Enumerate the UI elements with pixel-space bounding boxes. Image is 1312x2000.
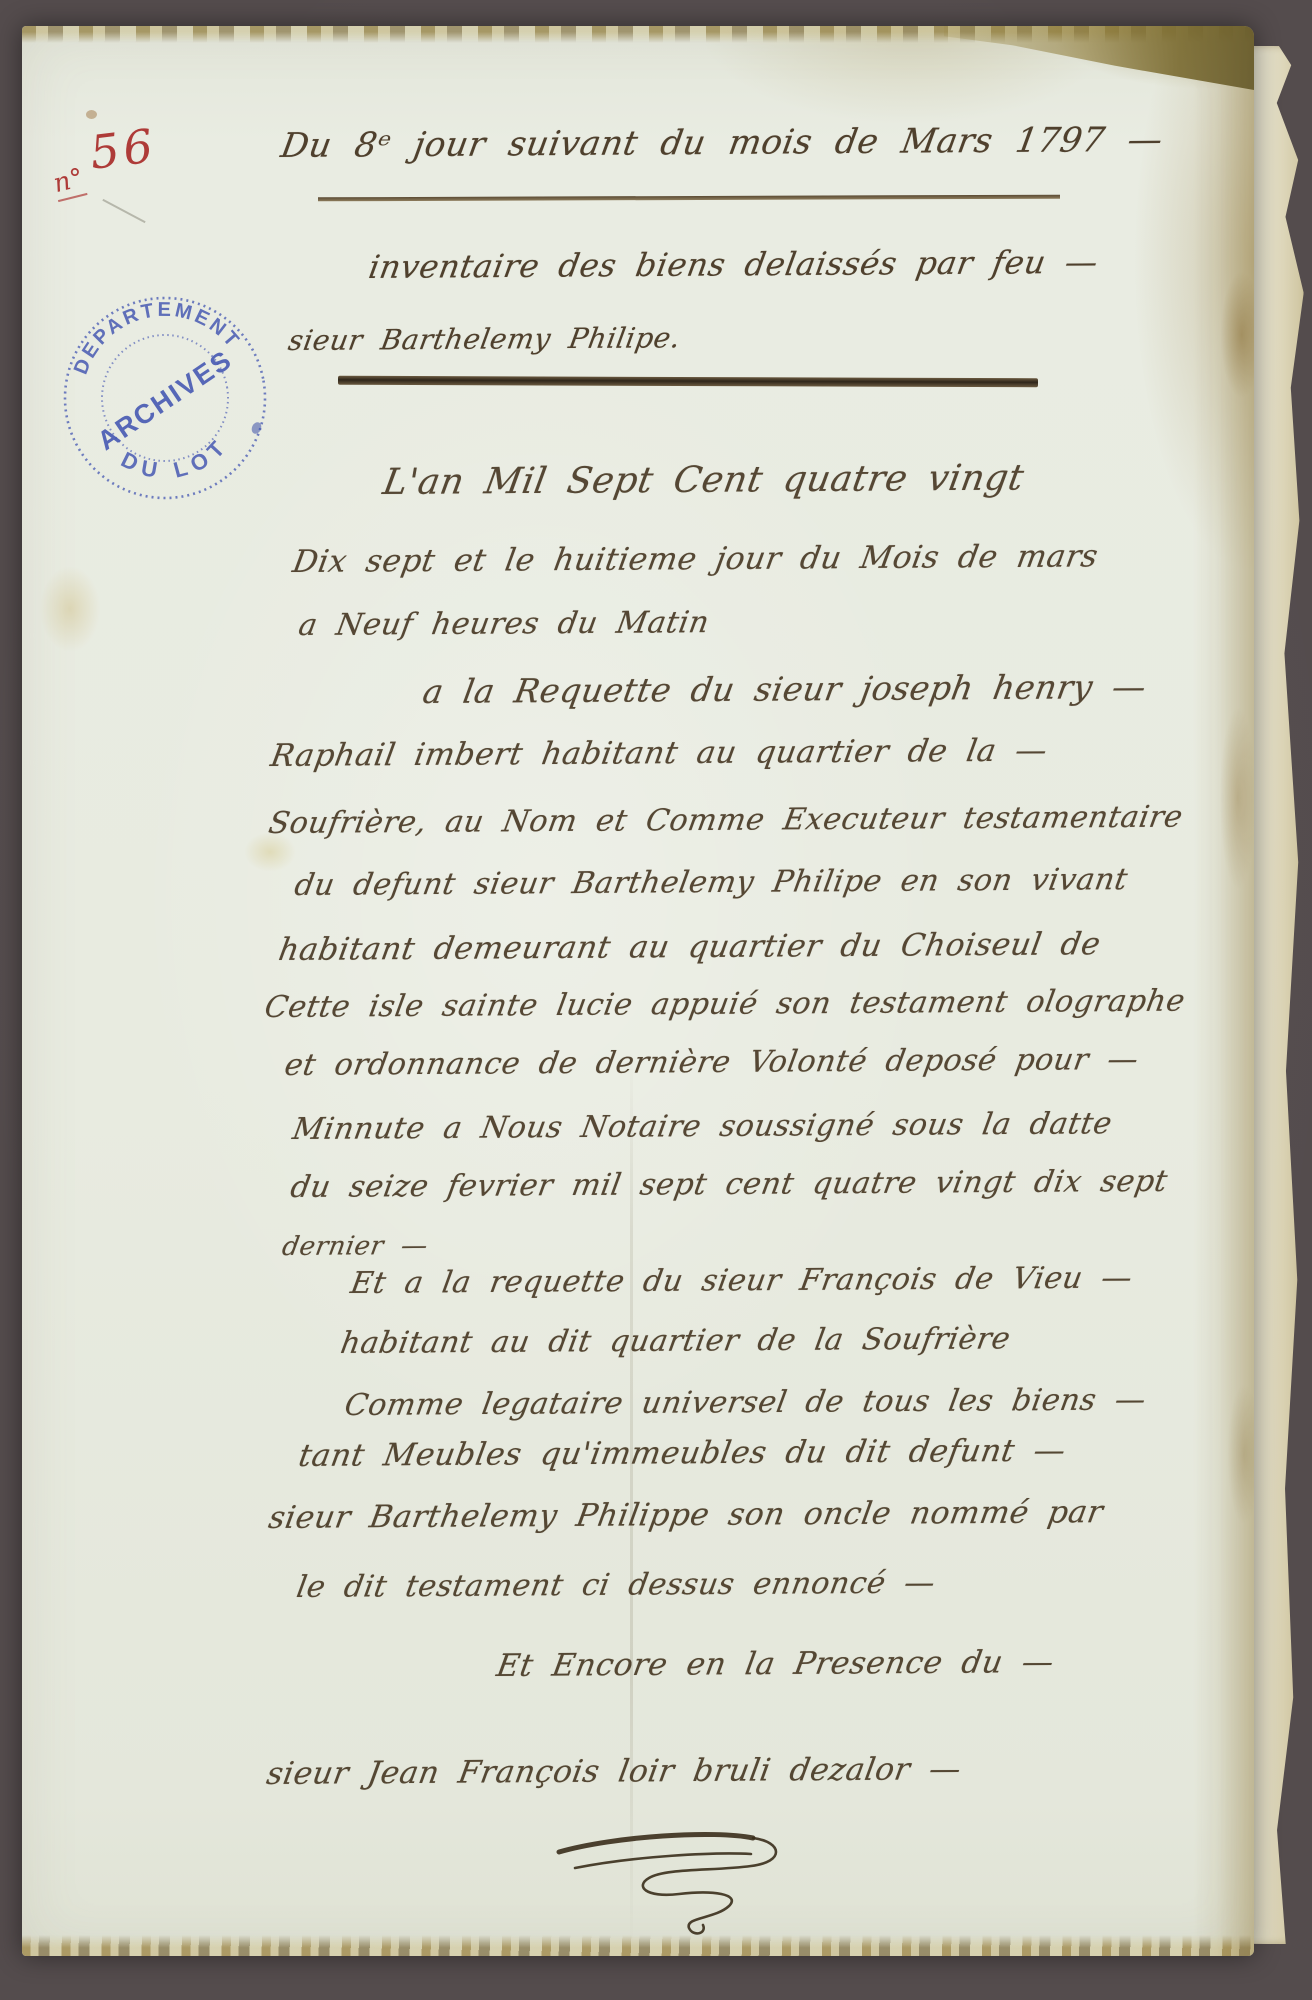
manuscript-line: a Neuf heures du Matin <box>296 605 712 643</box>
manuscript-line: Minnute a Nous Notaire soussigné sous la… <box>290 1106 1115 1147</box>
manuscript-line: dernier — <box>280 1231 430 1262</box>
headline-date: Du 8ᵉ jour suivant du mois de Mars 1797 … <box>278 120 1166 166</box>
manuscript-line: du defunt sieur Barthelemy Philipe en so… <box>292 862 1130 903</box>
headline-underline <box>318 195 1060 202</box>
manuscript-line: Dix sept et le huitieme jour du Mois de … <box>290 538 1101 580</box>
folio-number: 56 <box>87 118 160 180</box>
manuscript-line: habitant au dit quartier de la Soufrière <box>338 1321 1013 1361</box>
manuscript-line: le dit testament ci dessus ennoncé — <box>294 1566 938 1605</box>
page-sheet: n° 56 DEPARTEMENT DU LOT ARCHIVES Du 8ᵉ … <box>22 26 1254 1956</box>
title-line: sieur Barthelemy Philipe. <box>286 321 683 357</box>
manuscript-line: Soufrière, au Nom et Comme Executeur tes… <box>266 800 1186 841</box>
archive-stamp: DEPARTEMENT DU LOT ARCHIVES <box>37 268 293 529</box>
corner-stain <box>944 26 1254 90</box>
stain <box>86 110 97 119</box>
title-rule <box>338 376 1038 387</box>
manuscript-line: L'an Mil Sept Cent quatre vingt <box>380 458 1027 503</box>
stain <box>40 566 100 652</box>
manuscript-line: sieur Jean François loir bruli dezalor — <box>264 1751 964 1792</box>
manuscript-line: tant Meubles qu'immeubles du dit defunt … <box>296 1433 1069 1474</box>
folio-number-prefix: n° <box>50 163 87 202</box>
manuscript-line: sieur Barthelemy Philippe son oncle nomm… <box>266 1494 1106 1536</box>
manuscript-line: a la Requette du sieur joseph henry — <box>420 667 1149 711</box>
manuscript-line: Et a la requette du sieur François de Vi… <box>348 1261 1135 1301</box>
page-right-stains <box>1192 26 1254 1956</box>
pen-flourish <box>545 1822 825 1942</box>
manuscript-line: et ordonnance de dernière Volonté deposé… <box>282 1042 1141 1083</box>
manuscript-line: du seize fevrier mil sept cent quatre vi… <box>288 1164 1170 1205</box>
pencil-mark <box>102 199 145 223</box>
manuscript-line: Cette isle sainte lucie appuié son testa… <box>262 984 1188 1025</box>
title-line: inventaire des biens delaissés par feu — <box>366 243 1101 286</box>
manuscript-line: Comme legataire universel de tous les bi… <box>342 1382 1149 1423</box>
manuscript-line: Et Encore en la Presence du — <box>494 1644 1057 1684</box>
manuscript-line: habitant demeurant au quartier du Choise… <box>276 926 1103 968</box>
photo-background: n° 56 DEPARTEMENT DU LOT ARCHIVES Du 8ᵉ … <box>0 0 1312 2000</box>
manuscript-line: Raphail imbert habitant au quartier de l… <box>268 733 1050 774</box>
